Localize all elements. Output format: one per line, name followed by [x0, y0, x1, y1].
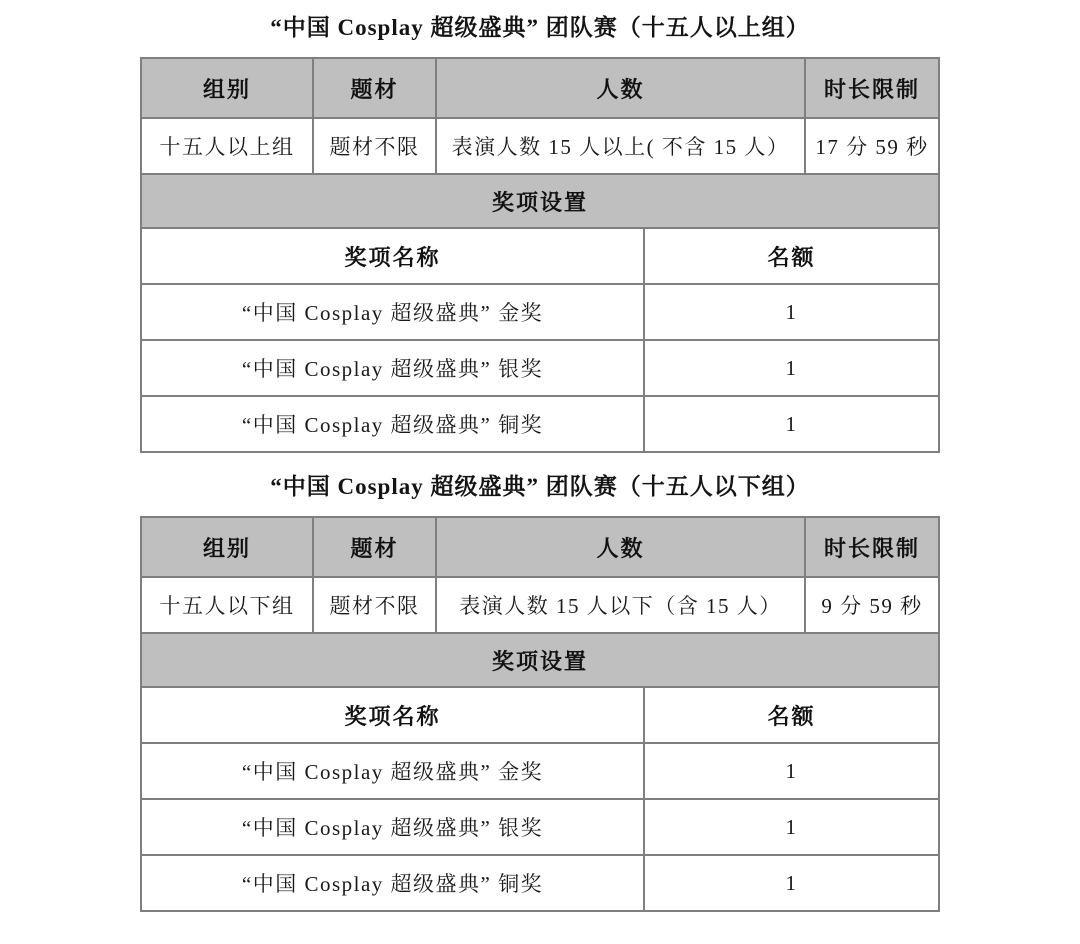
awards-band-label: 奖项设置 — [142, 175, 938, 227]
award-name: “中国 Cosplay 超级盛典” 金奖 — [142, 285, 645, 339]
column-header-theme: 题材 — [314, 518, 437, 576]
awards-header-row: 奖项名称 名额 — [142, 686, 938, 742]
table-data-row: 十五人以下组 题材不限 表演人数 15 人以下（含 15 人） 9 分 59 秒 — [142, 576, 938, 632]
awards-header-row: 奖项名称 名额 — [142, 227, 938, 283]
cell-time-limit: 9 分 59 秒 — [806, 578, 938, 632]
awards-column-header-quota: 名额 — [645, 229, 938, 283]
award-quota: 1 — [645, 856, 938, 910]
award-quota: 1 — [645, 800, 938, 854]
award-quota: 1 — [645, 285, 938, 339]
award-quota: 1 — [645, 397, 938, 451]
cell-group: 十五人以上组 — [142, 119, 314, 173]
column-header-group: 组别 — [142, 59, 314, 117]
column-header-people: 人数 — [437, 518, 806, 576]
column-header-time-limit: 时长限制 — [806, 59, 938, 117]
table-section-under15: “中国 Cosplay 超级盛典” 团队赛（十五人以下组） 组别 题材 人数 时… — [0, 470, 1080, 912]
cell-people: 表演人数 15 人以下（含 15 人） — [437, 578, 806, 632]
cell-theme: 题材不限 — [314, 578, 437, 632]
award-name: “中国 Cosplay 超级盛典” 铜奖 — [142, 856, 645, 910]
table-data-row: 十五人以上组 题材不限 表演人数 15 人以上( 不含 15 人） 17 分 5… — [142, 117, 938, 173]
award-quota: 1 — [645, 341, 938, 395]
table-header-row: 组别 题材 人数 时长限制 — [142, 59, 938, 117]
column-header-people: 人数 — [437, 59, 806, 117]
award-row-gold: “中国 Cosplay 超级盛典” 金奖 1 — [142, 742, 938, 798]
cell-time-limit: 17 分 59 秒 — [806, 119, 938, 173]
document-page: “中国 Cosplay 超级盛典” 团队赛（十五人以上组） 组别 题材 人数 时… — [0, 0, 1080, 944]
awards-column-header-quota: 名额 — [645, 688, 938, 742]
column-header-theme: 题材 — [314, 59, 437, 117]
cell-theme: 题材不限 — [314, 119, 437, 173]
award-quota: 1 — [645, 744, 938, 798]
award-name: “中国 Cosplay 超级盛典” 铜奖 — [142, 397, 645, 451]
award-row-bronze: “中国 Cosplay 超级盛典” 铜奖 1 — [142, 854, 938, 910]
table-section-over15: “中国 Cosplay 超级盛典” 团队赛（十五人以上组） 组别 题材 人数 时… — [0, 11, 1080, 453]
awards-band-row: 奖项设置 — [142, 173, 938, 227]
table-title: “中国 Cosplay 超级盛典” 团队赛（十五人以下组） — [140, 470, 940, 503]
awards-column-header-name: 奖项名称 — [142, 229, 645, 283]
table-header-row: 组别 题材 人数 时长限制 — [142, 518, 938, 576]
awards-band-row: 奖项设置 — [142, 632, 938, 686]
rules-table: 组别 题材 人数 时长限制 十五人以上组 题材不限 表演人数 15 人以上( 不… — [140, 57, 940, 453]
rules-table: 组别 题材 人数 时长限制 十五人以下组 题材不限 表演人数 15 人以下（含 … — [140, 516, 940, 912]
awards-band-label: 奖项设置 — [142, 634, 938, 686]
award-name: “中国 Cosplay 超级盛典” 银奖 — [142, 800, 645, 854]
award-row-silver: “中国 Cosplay 超级盛典” 银奖 1 — [142, 339, 938, 395]
table-title: “中国 Cosplay 超级盛典” 团队赛（十五人以上组） — [140, 11, 940, 44]
column-header-time-limit: 时长限制 — [806, 518, 938, 576]
award-row-gold: “中国 Cosplay 超级盛典” 金奖 1 — [142, 283, 938, 339]
cell-group: 十五人以下组 — [142, 578, 314, 632]
award-name: “中国 Cosplay 超级盛典” 银奖 — [142, 341, 645, 395]
award-row-silver: “中国 Cosplay 超级盛典” 银奖 1 — [142, 798, 938, 854]
award-row-bronze: “中国 Cosplay 超级盛典” 铜奖 1 — [142, 395, 938, 451]
column-header-group: 组别 — [142, 518, 314, 576]
award-name: “中国 Cosplay 超级盛典” 金奖 — [142, 744, 645, 798]
awards-column-header-name: 奖项名称 — [142, 688, 645, 742]
cell-people: 表演人数 15 人以上( 不含 15 人） — [437, 119, 806, 173]
